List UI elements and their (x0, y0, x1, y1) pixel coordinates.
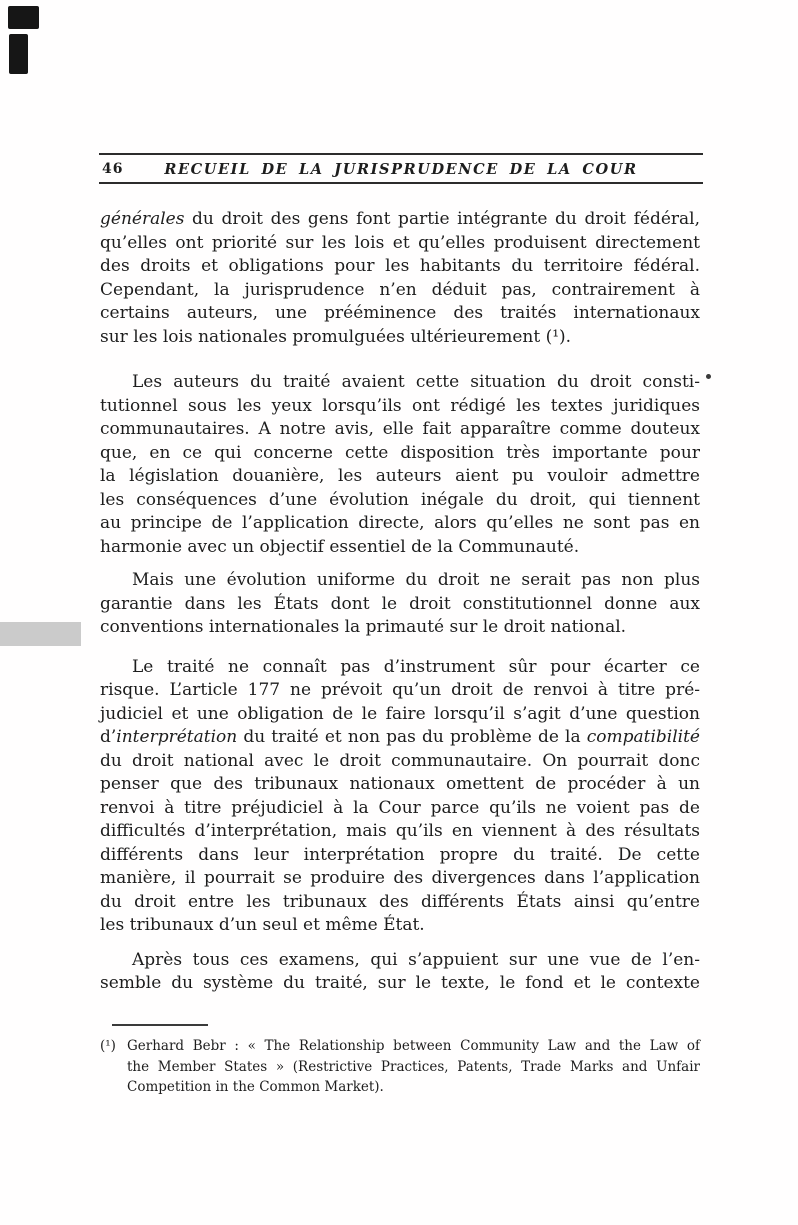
text-run: les tribunaux d’un seul et même État. (100, 915, 425, 935)
ink-dot-artifact (706, 374, 711, 379)
text-line: générales du droit des gens font partie … (100, 208, 700, 232)
text-run: harmonie avec un objectif essentiel de l… (100, 537, 579, 557)
text-line: risque. L’article 177 ne prévoit qu’un d… (100, 679, 700, 703)
paragraph-5: Après tous ces examens, qui s’appuient s… (100, 949, 700, 996)
text-line: penser que des tribunaux nationaux omett… (100, 773, 700, 797)
footnote-line: Competition in the Common Market). (127, 1077, 700, 1098)
text-line: Le traité ne connaît pas d’instrument sû… (100, 656, 700, 680)
text-run: différents dans leur interprétation prop… (100, 845, 700, 865)
text-line: sur les lois nationales promulguées ulté… (100, 326, 700, 350)
text-line: d’interprétation du traité et non pas du… (100, 726, 700, 750)
text-line: Après tous ces examens, qui s’appuient s… (100, 949, 700, 973)
text-run: qu’elles ont priorité sur les lois et qu… (100, 233, 700, 253)
footnote-line: the Member States » (Restrictive Practic… (127, 1057, 700, 1078)
text-line: les tribunaux d’un seul et même État. (100, 914, 700, 938)
text-line: garantie dans les États dont le droit co… (100, 593, 700, 617)
text-run: du droit des gens font partie intégrante… (184, 209, 700, 229)
text-run: du droit national avec le droit communau… (100, 751, 700, 771)
text-line: Mais une évolution uniforme du droit ne … (100, 569, 700, 593)
paragraph-2: Les auteurs du traité avaient cette situ… (100, 371, 700, 559)
text-run: que, en ce qui concerne cette dispositio… (100, 443, 700, 463)
text-run: Competition in the Common Market). (127, 1079, 384, 1095)
footnote-marker: (¹) (100, 1036, 116, 1057)
scan-artifact-gray-block (0, 622, 81, 646)
text-run: Cependant, la jurisprudence n’en déduit … (100, 280, 700, 300)
text-run: penser que des tribunaux nationaux omett… (100, 774, 700, 794)
page-number: 46 (102, 161, 123, 177)
text-line: difficultés d’interprétation, mais qu’il… (100, 820, 700, 844)
text-line: la législation douanière, les auteurs ai… (100, 465, 700, 489)
text-line: renvoi à titre préjudiciel à la Cour par… (100, 797, 700, 821)
text-run: risque. L’article 177 ne prévoit qu’un d… (100, 680, 700, 700)
footnote-line: Gerhard Bebr : « The Relationship betwee… (127, 1036, 700, 1057)
text-run: du droit entre les tribunaux des différe… (100, 892, 700, 912)
text-line: semble du système du traité, sur le text… (100, 972, 700, 996)
text-line: conventions internationales la primauté … (100, 616, 700, 640)
text-line: Cependant, la jurisprudence n’en déduit … (100, 279, 700, 303)
text-run: difficultés d’interprétation, mais qu’il… (100, 821, 700, 841)
text-run: tutionnel sous les yeux lorsqu’ils ont r… (100, 396, 700, 416)
text-run: sur les lois nationales promulguées ulté… (100, 327, 571, 347)
text-line: les conséquences d’une évolution inégale… (100, 489, 700, 513)
text-run: manière, il pourrait se produire des div… (100, 868, 700, 888)
text-run: communautaires. A notre avis, elle fait … (100, 419, 700, 439)
text-line: du droit entre les tribunaux des différe… (100, 891, 700, 915)
text-run: Le traité ne connaît pas d’instrument sû… (132, 657, 700, 677)
text-line: tutionnel sous les yeux lorsqu’ils ont r… (100, 395, 700, 419)
text-run: d’ (100, 727, 116, 747)
header-title: RECUEIL DE LA JURISPRUDENCE DE LA COUR (164, 160, 637, 178)
text-line: judiciel et une obligation de le faire l… (100, 703, 700, 727)
text-run: renvoi à titre préjudiciel à la Cour par… (100, 798, 700, 818)
text-line: certains auteurs, une prééminence des tr… (100, 302, 700, 326)
text-run: du traité et non pas du problème de la (237, 727, 587, 747)
paragraph-1: générales du droit des gens font partie … (100, 208, 700, 349)
text-line: différents dans leur interprétation prop… (100, 844, 700, 868)
scan-artifact-corner-block (9, 34, 28, 74)
italic-text-run: compatibilité (587, 727, 700, 747)
paragraph-3: Mais une évolution uniforme du droit ne … (100, 569, 700, 640)
text-line: manière, il pourrait se produire des div… (100, 867, 700, 891)
text-run: les conséquences d’une évolution inégale… (100, 490, 700, 510)
text-run: Mais une évolution uniforme du droit ne … (132, 570, 700, 590)
text-run: semble du système du traité, sur le text… (100, 973, 700, 993)
text-run: Les auteurs du traité avaient cette situ… (132, 372, 700, 392)
text-run: Après tous ces examens, qui s’appuient s… (132, 950, 700, 970)
text-run: Gerhard Bebr : « The Relationship betwee… (127, 1038, 700, 1054)
text-line: qu’elles ont priorité sur les lois et qu… (100, 232, 700, 256)
paragraph-4: Le traité ne connaît pas d’instrument sû… (100, 656, 700, 938)
text-line: que, en ce qui concerne cette dispositio… (100, 442, 700, 466)
text-run: the Member States » (Restrictive Practic… (127, 1059, 700, 1075)
text-line: communautaires. A notre avis, elle fait … (100, 418, 700, 442)
text-line: Les auteurs du traité avaient cette situ… (100, 371, 700, 395)
text-run: la législation douanière, les auteurs ai… (100, 466, 700, 486)
text-run: garantie dans les États dont le droit co… (100, 594, 700, 614)
scanned-document-page: 46 RECUEIL DE LA JURISPRUDENCE DE LA COU… (0, 0, 798, 1225)
footnote-separator-rule (112, 1024, 208, 1026)
text-line: harmonie avec un objectif essentiel de l… (100, 536, 700, 560)
text-run: judiciel et une obligation de le faire l… (100, 704, 700, 724)
text-run: au principe de l’application directe, al… (100, 513, 700, 533)
text-line: des droits et obligations pour les habit… (100, 255, 700, 279)
page-header: 46 RECUEIL DE LA JURISPRUDENCE DE LA COU… (99, 153, 703, 184)
text-line: au principe de l’application directe, al… (100, 512, 700, 536)
text-body: générales du droit des gens font partie … (100, 208, 700, 996)
text-line: du droit national avec le droit communau… (100, 750, 700, 774)
italic-text-run: interprétation (116, 727, 237, 747)
italic-text-run: générales (100, 209, 184, 229)
footnote: (¹) Gerhard Bebr : « The Relationship be… (100, 1036, 700, 1098)
scan-artifact-corner-block (8, 6, 39, 29)
text-run: conventions internationales la primauté … (100, 617, 626, 637)
text-run: des droits et obligations pour les habit… (100, 256, 700, 276)
text-run: certains auteurs, une prééminence des tr… (100, 303, 700, 323)
